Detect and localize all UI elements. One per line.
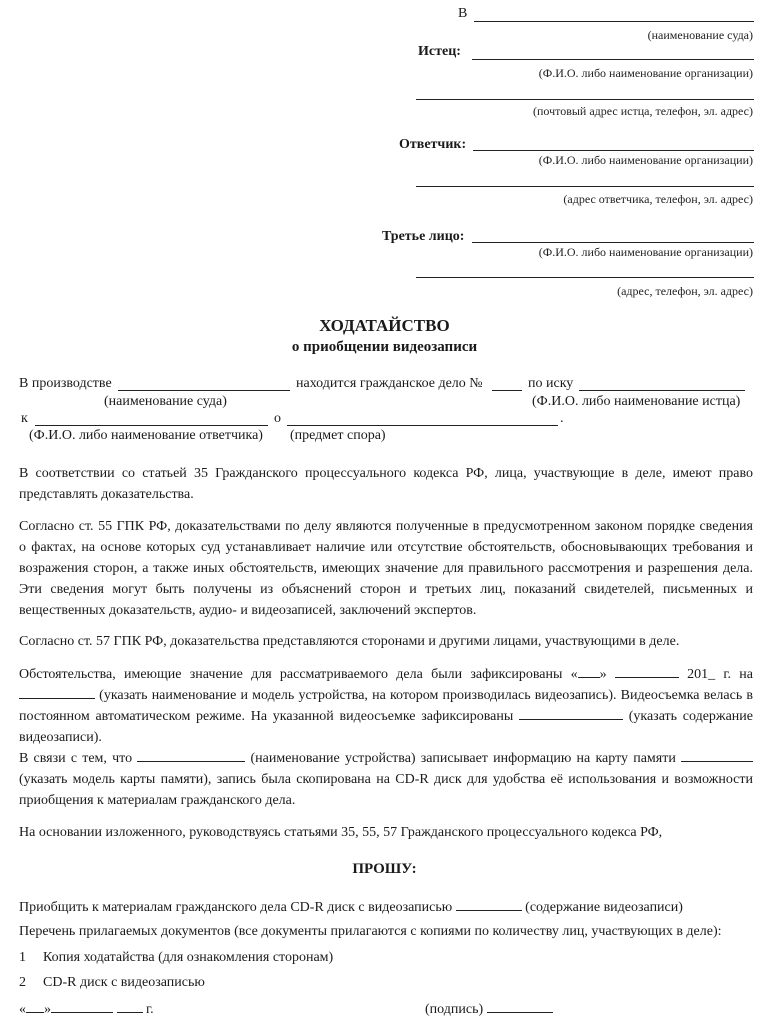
- device-model-field[interactable]: [19, 686, 95, 699]
- paragraph-line: (указать модель карты памяти), запись бы…: [19, 769, 753, 790]
- document-title: ХОДАТАЙСТВО: [0, 316, 769, 336]
- third-party-address-caption: (адрес, телефон, эл. адрес): [617, 284, 753, 299]
- paragraph-line: В соответствии со статьей 35 Гражданског…: [19, 463, 753, 484]
- paragraph-line: постоянном автоматическом режиме. На ука…: [19, 706, 753, 727]
- defendant-name-field[interactable]: [35, 425, 268, 426]
- paragraph-line: Согласно ст. 57 ГПК РФ, доказательства п…: [19, 631, 753, 652]
- document-subtitle: о приобщении видеозаписи: [0, 339, 769, 356]
- paragraph-line: приобщения к материалам гражданского дел…: [19, 790, 753, 811]
- paragraph-line: В связи с тем, что (наименование устройс…: [19, 748, 753, 769]
- request-text: Приобщить к материалам гражданского дела…: [19, 898, 683, 916]
- court-name-field[interactable]: [118, 390, 290, 391]
- paragraph-line: возражения сторон, а также иных обстояте…: [19, 558, 753, 579]
- defendant-caption: (Ф.И.О. либо наименование организации): [539, 153, 753, 168]
- defendant-address-field[interactable]: [416, 186, 754, 187]
- court-caption: (наименование суда): [648, 28, 753, 43]
- signature-label: (подпись): [425, 1002, 483, 1017]
- court-name-caption: (наименование суда): [104, 394, 227, 410]
- defendant-address-caption: (адрес ответчика, телефон, эл. адрес): [563, 192, 753, 207]
- paragraph-line: Согласно ст. 55 ГПК РФ, доказательствами…: [19, 516, 753, 537]
- attachment-number: 1: [19, 950, 43, 966]
- defendant-name-caption: (Ф.И.О. либо наименование ответчика): [29, 428, 263, 444]
- plaintiff-address-field[interactable]: [416, 99, 754, 100]
- to-text: к: [21, 411, 28, 427]
- date-day-field[interactable]: [26, 1000, 44, 1013]
- paragraph-line: представлять доказательства.: [19, 484, 753, 505]
- case-pending-text: находится гражданское дело №: [296, 376, 483, 392]
- about-text: о: [274, 411, 281, 427]
- date-year-field[interactable]: [117, 1000, 143, 1013]
- paragraph-circumstances: Обстоятельства, имеющие значение для рас…: [19, 664, 753, 748]
- plaintiff-address-caption: (почтовый адрес истца, телефон, эл. адре…: [533, 104, 753, 119]
- request-content-field[interactable]: [456, 898, 522, 911]
- defendant-field[interactable]: [473, 150, 754, 151]
- intro-period: .: [560, 411, 564, 427]
- signature-line: (подпись): [425, 1000, 553, 1018]
- paragraph-art35: В соответствии со статьей 35 Гражданског…: [19, 463, 753, 505]
- attachment-item: 1Копия ходатайства (для ознакомления сто…: [19, 950, 333, 966]
- paragraph-art57: Согласно ст. 57 ГПК РФ, доказательства п…: [19, 631, 753, 652]
- defendant-label: Ответчик:: [399, 137, 466, 153]
- month-field[interactable]: [615, 665, 679, 678]
- in-proceedings-text: В производстве: [19, 376, 112, 392]
- attachment-item: 2CD-R диск с видеозаписью: [19, 975, 205, 991]
- paragraph-line: Обстоятельства, имеющие значение для рас…: [19, 664, 753, 685]
- paragraph-line: видеозаписи).: [19, 727, 753, 748]
- by-claim-text: по иску: [528, 376, 573, 392]
- paragraph-line: вещественных доказательств, аудио- и вид…: [19, 600, 753, 621]
- court-prefix: В: [458, 6, 467, 22]
- third-party-address-field[interactable]: [416, 277, 754, 278]
- third-party-field[interactable]: [472, 242, 754, 243]
- attachment-text: Копия ходатайства (для ознакомления стор…: [43, 950, 333, 965]
- paragraph-art55: Согласно ст. 55 ГПК РФ, доказательствами…: [19, 516, 753, 621]
- paragraph-line: о фактах, на основе которых суд устанавл…: [19, 537, 753, 558]
- video-content-field[interactable]: [519, 707, 623, 720]
- device-name-field[interactable]: [137, 749, 245, 762]
- attachment-text: CD-R диск с видеозаписью: [43, 975, 205, 990]
- third-party-caption: (Ф.И.О. либо наименование организации): [539, 245, 753, 260]
- signature-field[interactable]: [487, 1000, 553, 1013]
- date-line: «» г.: [19, 1000, 154, 1018]
- attachment-number: 2: [19, 975, 43, 991]
- plaintiff-field[interactable]: [472, 59, 754, 60]
- case-number-field[interactable]: [492, 390, 522, 391]
- plaintiff-name-caption: (Ф.И.О. либо наименование истца): [532, 394, 740, 410]
- plaintiff-caption: (Ф.И.О. либо наименование организации): [539, 66, 753, 81]
- dispute-subject-field[interactable]: [287, 425, 558, 426]
- dispute-subject-caption: (предмет спора): [290, 428, 386, 444]
- paragraph-line: (указать наименование и модель устройств…: [19, 685, 753, 706]
- day-field[interactable]: [578, 665, 600, 678]
- attachments-heading: Перечень прилагаемых документов (все док…: [19, 924, 722, 940]
- paragraph-line: На основании изложенного, руководствуясь…: [19, 822, 753, 843]
- date-month-field[interactable]: [51, 1000, 113, 1013]
- paragraph-line: Эти сведения могут быть получены из объя…: [19, 579, 753, 600]
- court-field[interactable]: [474, 21, 754, 22]
- plaintiff-label: Истец:: [418, 44, 461, 60]
- paragraph-memory-card: В связи с тем, что (наименование устройс…: [19, 748, 753, 811]
- plaintiff-name-field[interactable]: [579, 390, 745, 391]
- third-party-label: Третье лицо:: [382, 229, 464, 245]
- paragraph-basis: На основании изложенного, руководствуясь…: [19, 822, 753, 843]
- memory-card-field[interactable]: [681, 749, 753, 762]
- request-heading: ПРОШУ:: [0, 861, 769, 878]
